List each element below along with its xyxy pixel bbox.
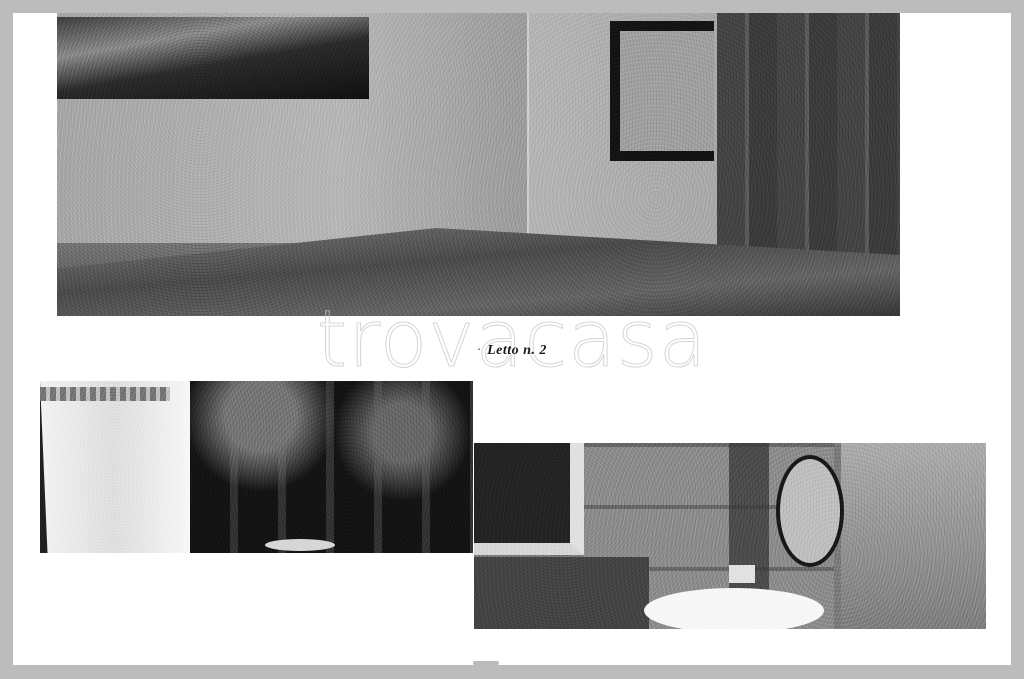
lower-tiles: [474, 557, 649, 629]
caption-text: Letto n. 2: [487, 343, 547, 358]
photo-caption: ·Letto n. 2: [13, 343, 1011, 359]
wall: [841, 443, 986, 629]
window: [474, 443, 584, 555]
shower-curtain: [40, 381, 190, 553]
bedroom-photo: [57, 13, 900, 316]
curtain-rail: [40, 387, 170, 401]
picture-frame: [610, 21, 714, 161]
page-mark: [473, 661, 499, 665]
bathroom-photo-left: [40, 381, 473, 553]
wall-painting: [57, 17, 369, 99]
bathroom-photo-right: [474, 443, 986, 629]
cup: [729, 565, 755, 583]
wall-tiles: [190, 381, 473, 553]
oval-mirror: [776, 455, 844, 567]
caption-bullet: ·: [477, 343, 481, 358]
document-page: trovacasa ·Letto n. 2: [13, 13, 1011, 665]
basin: [265, 539, 335, 551]
sink: [644, 588, 824, 629]
wardrobe: [717, 13, 900, 268]
